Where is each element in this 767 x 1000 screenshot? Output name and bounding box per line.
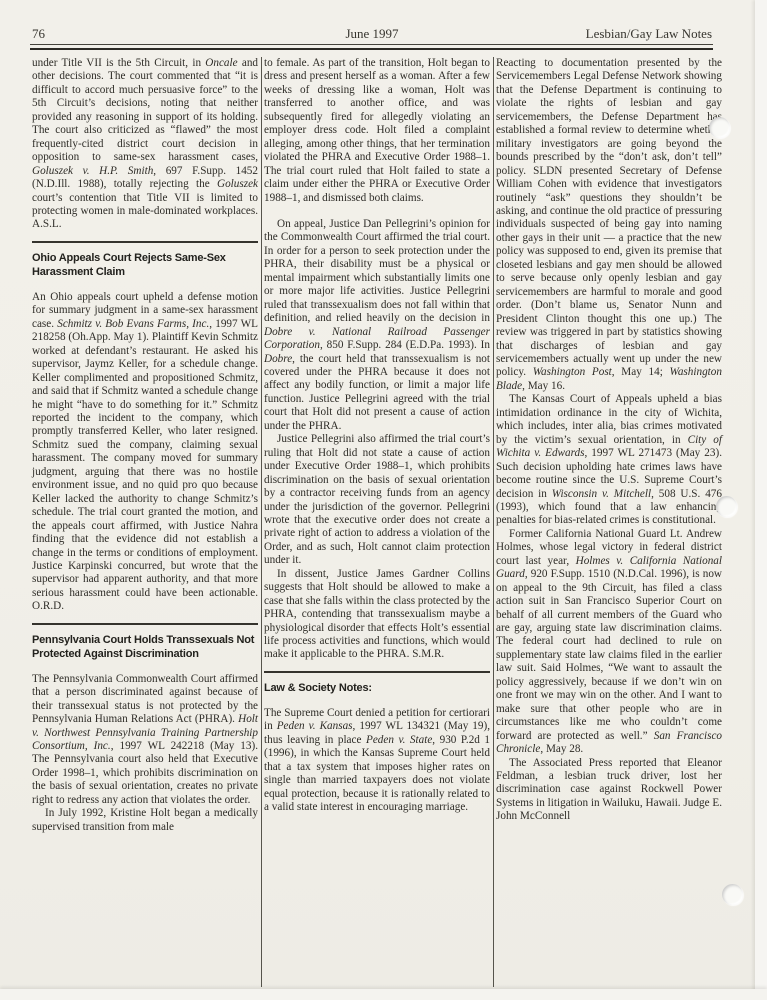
column-1: under Title VII is the 5th Circuit, in O…	[32, 57, 258, 987]
section-rule	[264, 671, 490, 673]
scanned-page: 76 June 1997 Lesbian/Gay Law Notes under…	[0, 0, 767, 1000]
page-number: 76	[32, 26, 259, 42]
text-columns: under Title VII is the 5th Circuit, in O…	[32, 57, 724, 987]
section-rule	[32, 623, 258, 625]
paragraph: The Supreme Court denied a petition for …	[264, 707, 490, 815]
header-rule	[30, 44, 713, 50]
paragraph: The Associated Press reported that Elean…	[496, 757, 722, 824]
page-edge-bottom	[0, 989, 767, 1000]
binder-hole-icon	[709, 117, 730, 138]
paragraph: In July 1992, Kristine Holt began a medi…	[32, 807, 258, 834]
section-rule	[32, 241, 258, 243]
paragraph: An Ohio appeals court upheld a defense m…	[32, 291, 258, 614]
paragraph: Justice Pellegrini also affirmed the tri…	[264, 433, 490, 568]
masthead-title: Lesbian/Gay Law Notes	[485, 26, 712, 42]
page-edge-right	[755, 0, 767, 1000]
paragraph: The Kansas Court of Appeals upheld a bia…	[496, 393, 722, 528]
section-heading: Ohio Appeals Court Rejects Same-Sex Hara…	[32, 251, 258, 279]
paragraph: Reacting to documentation presented by t…	[496, 57, 722, 393]
paragraph: Former California National Guard Lt. And…	[496, 528, 722, 757]
column-divider	[261, 57, 262, 987]
column-divider	[493, 57, 494, 987]
binder-hole-icon	[716, 496, 737, 517]
column-3: Reacting to documentation presented by t…	[496, 57, 722, 987]
column-2: to female. As part of the transition, Ho…	[264, 57, 490, 987]
issue-date: June 1997	[259, 26, 486, 42]
section-heading: Pennsylvania Court Holds Transsexuals No…	[32, 633, 258, 661]
section-heading: Law & Society Notes:	[264, 681, 490, 695]
binder-hole-icon	[722, 884, 743, 905]
paragraph: under Title VII is the 5th Circuit, in O…	[32, 57, 258, 232]
paragraph: to female. As part of the transition, Ho…	[264, 57, 490, 205]
paragraph: On appeal, Justice Dan Pellegrini’s opin…	[264, 218, 490, 433]
page-header: 76 June 1997 Lesbian/Gay Law Notes	[32, 26, 712, 42]
paragraph: The Pennsylvania Commonwealth Court affi…	[32, 673, 258, 808]
paragraph: In dissent, Justice James Gardner Collin…	[264, 568, 490, 662]
